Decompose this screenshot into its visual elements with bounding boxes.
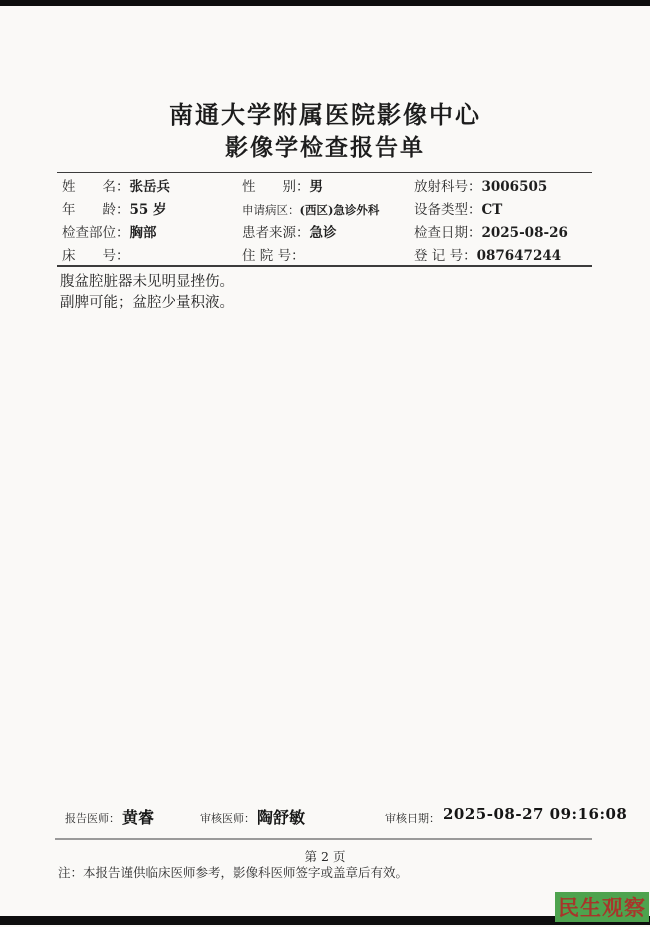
field-value: 胸部 [130,225,157,241]
field-label: 设备类型： [414,202,482,218]
field-value: 男 [310,179,324,195]
review-doctor-label: 审核医师： [200,810,255,826]
field-label: 患者来源： [242,225,310,241]
field-value: 55 岁 [130,202,167,218]
field-label: 姓 名： [62,179,130,195]
field-label: 性 别： [242,179,310,195]
findings-line: 副脾可能；盆腔少量积液。 [60,293,600,313]
watermark-badge: 民生观察 [555,892,649,922]
bottom-black-bar [0,916,650,925]
field-exam-site: 检查部位：胸部 [57,221,237,241]
findings-line: 腹盆腔脏器未见明显挫伤。 [60,272,600,292]
hospital-title: 南通大学附属医院影像中心 [0,95,650,130]
patient-info-row: 年 龄：55 岁 申请病区：(西区)急诊外科 设备类型：CT [57,198,592,218]
patient-info-table: 姓 名：张岳兵 性 别：男 放射科号：3006505 年 龄：55 岁 申请病区… [57,172,592,267]
field-age: 年 龄：55 岁 [57,198,237,218]
field-request-ward: 申请病区：(西区)急诊外科 [237,202,409,218]
field-bed-no: 床 号： [57,244,237,264]
field-label: 放射科号： [414,179,482,195]
top-black-bar [0,0,650,6]
field-label: 床 号： [62,248,130,264]
review-date-label: 审核日期： [385,810,440,826]
report-doctor-name: 黄睿 [122,805,154,828]
patient-info-row: 姓 名：张岳兵 性 别：男 放射科号：3006505 [57,175,592,195]
field-exam-date: 检查日期：2025-08-26 [409,221,592,241]
field-label: 检查部位： [62,225,130,241]
patient-info-row: 检查部位：胸部 患者来源：急诊 检查日期：2025-08-26 [57,221,592,241]
footer-divider [55,838,592,840]
patient-info-row: 床 号： 住 院 号： 登 记 号：087647244 [57,244,592,264]
review-doctor-name: 陶舒敏 [257,805,305,828]
field-value: 2025-08-26 [482,225,568,241]
field-value: 张岳兵 [130,179,171,195]
review-date-value: 2025-08-27 09:16:08 [443,805,627,823]
field-radiology-no: 放射科号：3006505 [409,175,592,195]
field-value: CT [482,202,503,218]
field-name: 姓 名：张岳兵 [57,175,237,195]
footer-note: 注：本报告谨供临床医师参考，影像科医师签字或盖章后有效。 [58,863,618,881]
field-label: 申请病区： [242,203,300,217]
field-value: (西区)急诊外科 [300,203,380,217]
field-inpatient-no: 住 院 号： [237,244,409,264]
findings-section: 腹盆腔脏器未见明显挫伤。 副脾可能；盆腔少量积液。 [60,272,600,314]
signature-row: 报告医师： 黄睿 审核医师： 陶舒敏 审核日期： 2025-08-27 09:1… [0,800,650,832]
field-label: 住 院 号： [242,248,305,264]
field-value: 急诊 [310,225,337,241]
field-device-type: 设备类型：CT [409,198,592,218]
field-label: 登 记 号： [414,248,477,264]
field-label: 年 龄： [62,202,130,218]
report-doctor-label: 报告医师： [65,810,120,826]
field-registration-no: 登 记 号：087647244 [409,244,592,264]
report-title: 影像学检查报告单 [0,129,650,162]
field-value: 087647244 [477,248,562,264]
report-page: 南通大学附属医院影像中心 影像学检查报告单 姓 名：张岳兵 性 别：男 放射科号… [0,0,650,927]
field-sex: 性 别：男 [237,175,409,195]
field-patient-source: 患者来源：急诊 [237,221,409,241]
field-label: 检查日期： [414,225,482,241]
field-value: 3006505 [482,179,548,195]
